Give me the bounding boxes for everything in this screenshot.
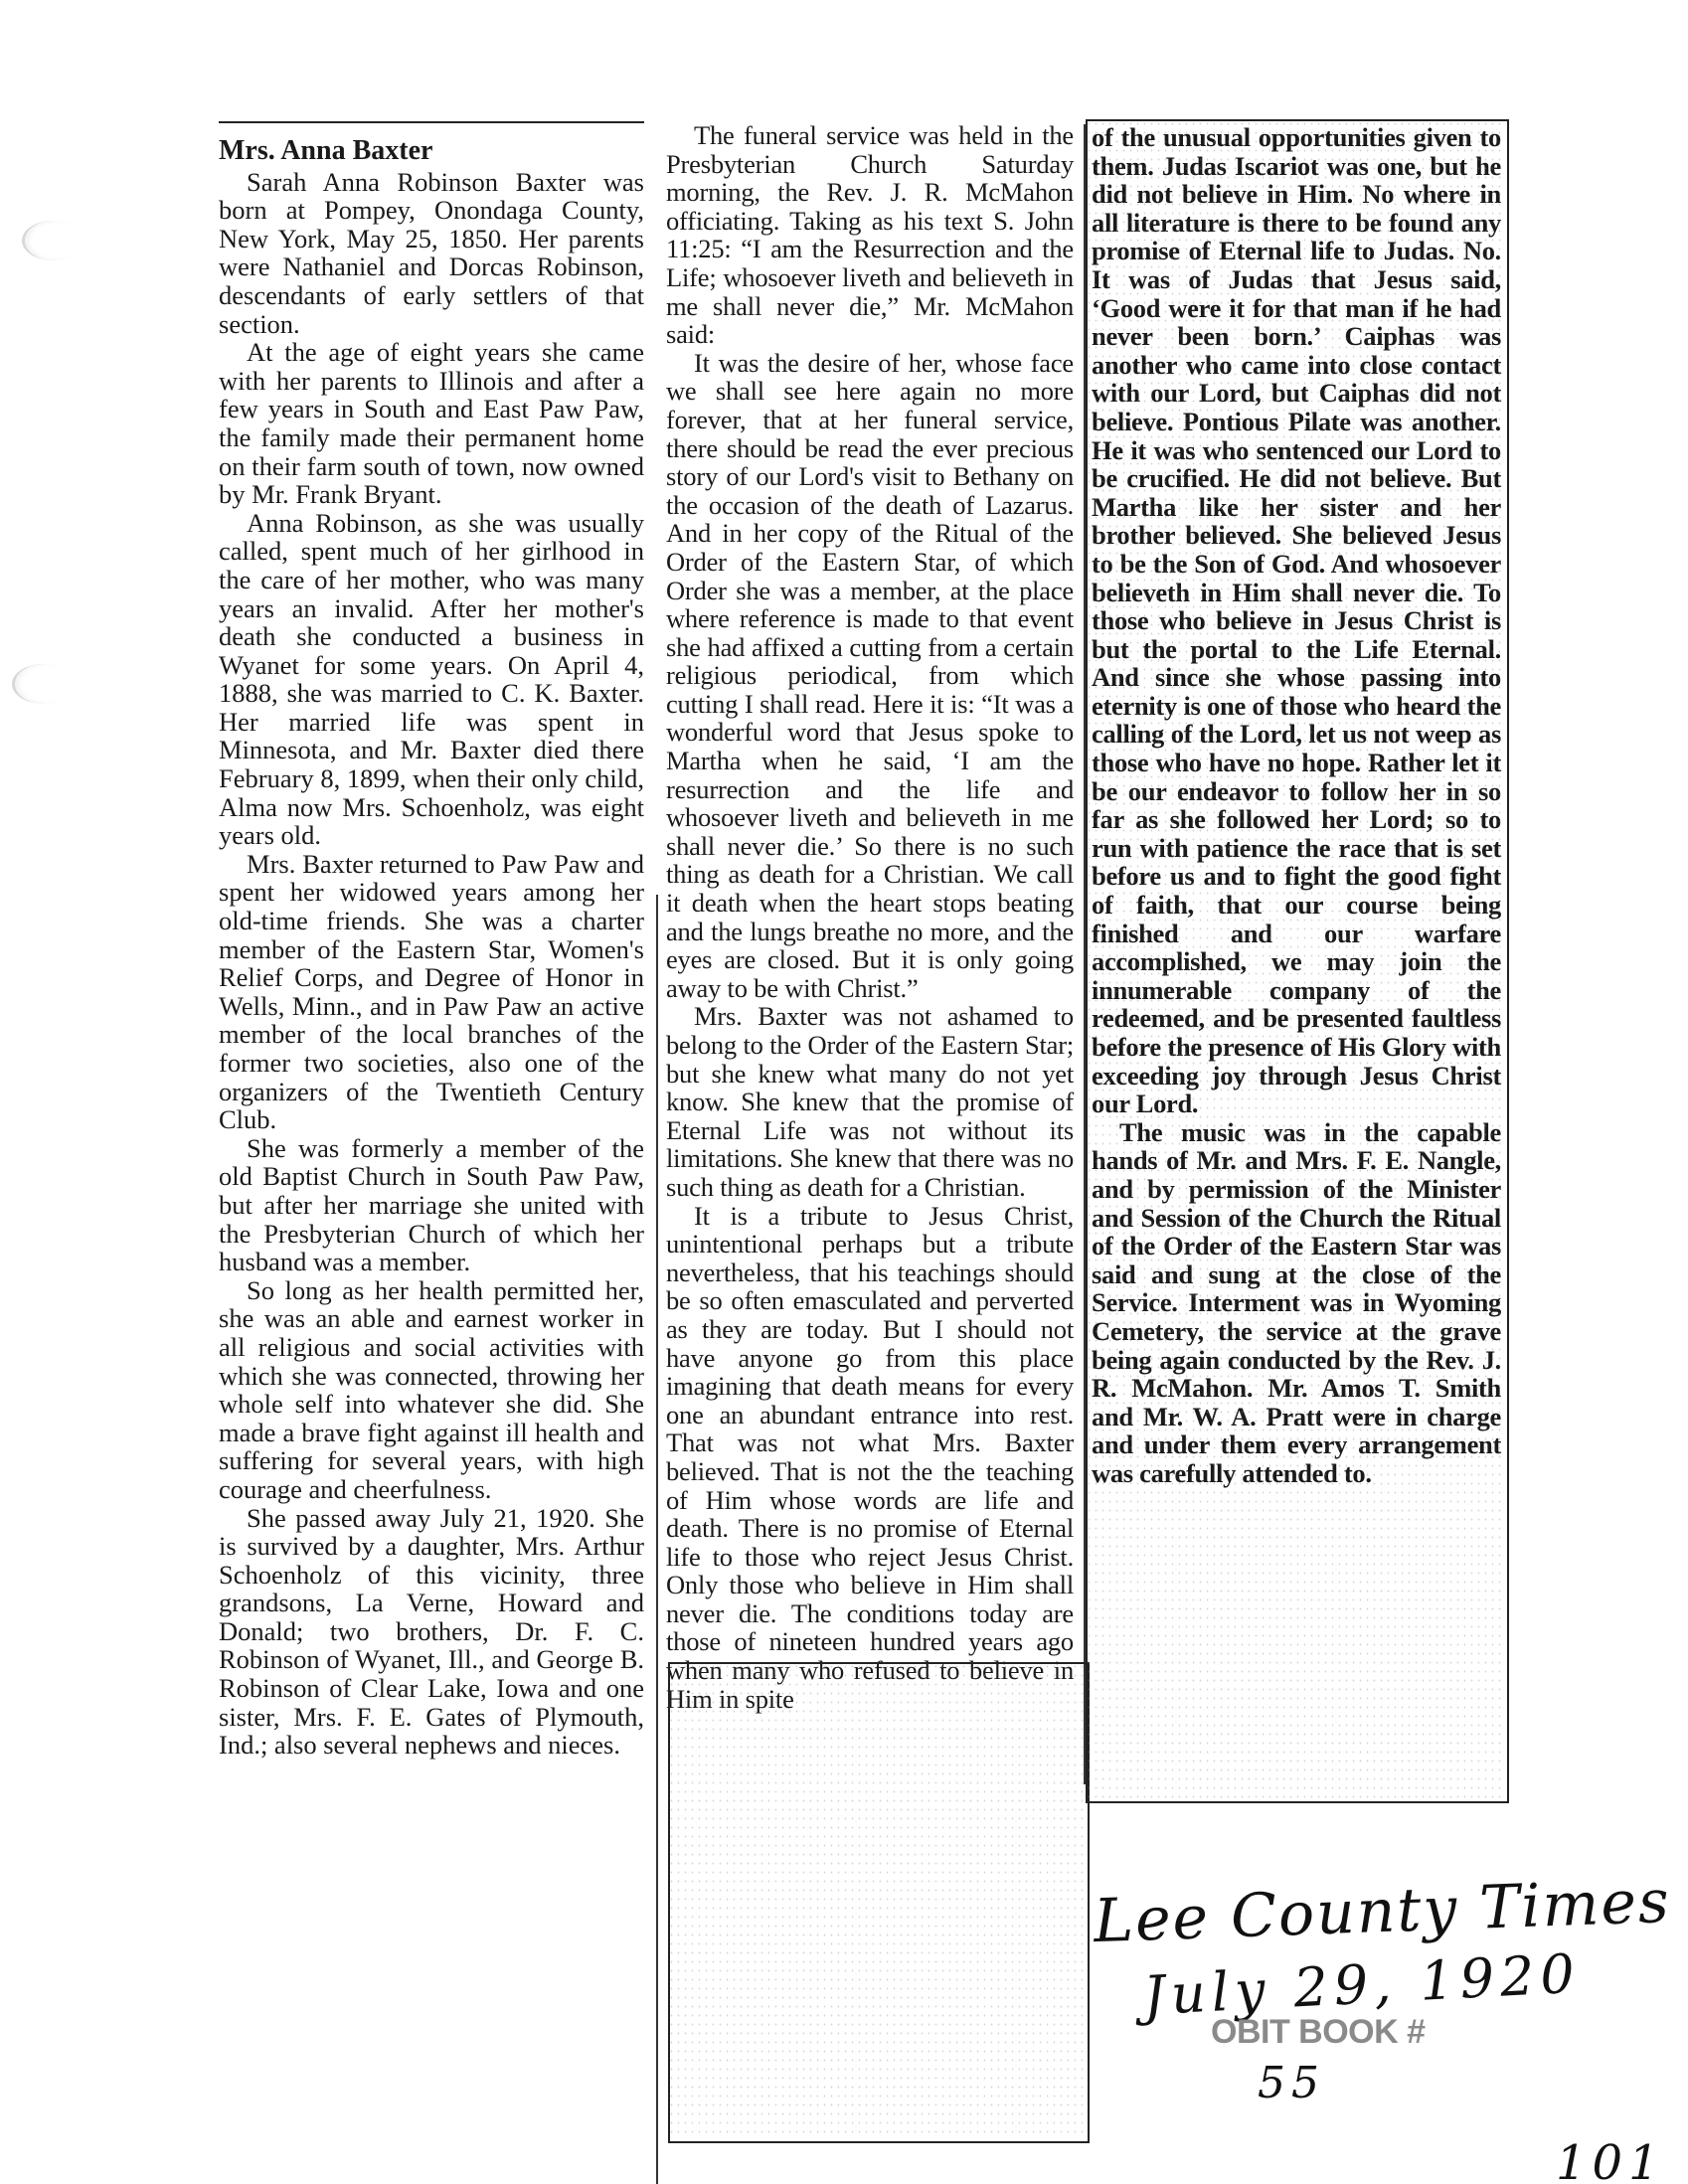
- clipping-border-right: [1086, 119, 1509, 1803]
- obituary-column-1: Mrs. Anna Baxter Sarah Anna Robinson Bax…: [219, 121, 644, 1760]
- paragraph: It is a tribute to Jesus Christ, uninten…: [666, 1202, 1074, 1714]
- punch-hole-bottom: [12, 664, 75, 704]
- handwritten-page-number: 101: [1556, 2135, 1665, 2184]
- handwritten-source: Lee County Times: [1093, 1867, 1672, 1956]
- handwritten-book-number: 55: [1258, 2058, 1325, 2108]
- paragraph: So long as her health permitted her, she…: [219, 1276, 644, 1504]
- paragraph: She passed away July 21, 1920. She is su…: [219, 1504, 644, 1760]
- clipping-border-lower-middle: [668, 1662, 1090, 2143]
- paragraph: At the age of eight years she came with …: [219, 338, 644, 509]
- paragraph: Anna Robinson, as she was usually called…: [219, 509, 644, 850]
- paragraph: Sarah Anna Robinson Baxter was born at P…: [219, 168, 644, 339]
- obituary-column-2: The funeral service was held in the Pres…: [666, 121, 1074, 1713]
- paragraph: The funeral service was held in the Pres…: [666, 121, 1074, 349]
- obituary-title: Mrs. Anna Baxter: [219, 137, 644, 166]
- punch-hole-top: [22, 221, 84, 260]
- paragraph: She was formerly a member of the old Bap…: [219, 1134, 644, 1276]
- obit-book-stamp: OBIT BOOK #: [1211, 2013, 1426, 2052]
- paragraph: It was the desire of her, whose face we …: [666, 349, 1074, 1003]
- column-divider-1: [656, 895, 658, 2184]
- paragraph: Mrs. Baxter was not ashamed to belong to…: [666, 1002, 1074, 1201]
- paragraph: Mrs. Baxter returned to Paw Paw and spen…: [219, 850, 644, 1134]
